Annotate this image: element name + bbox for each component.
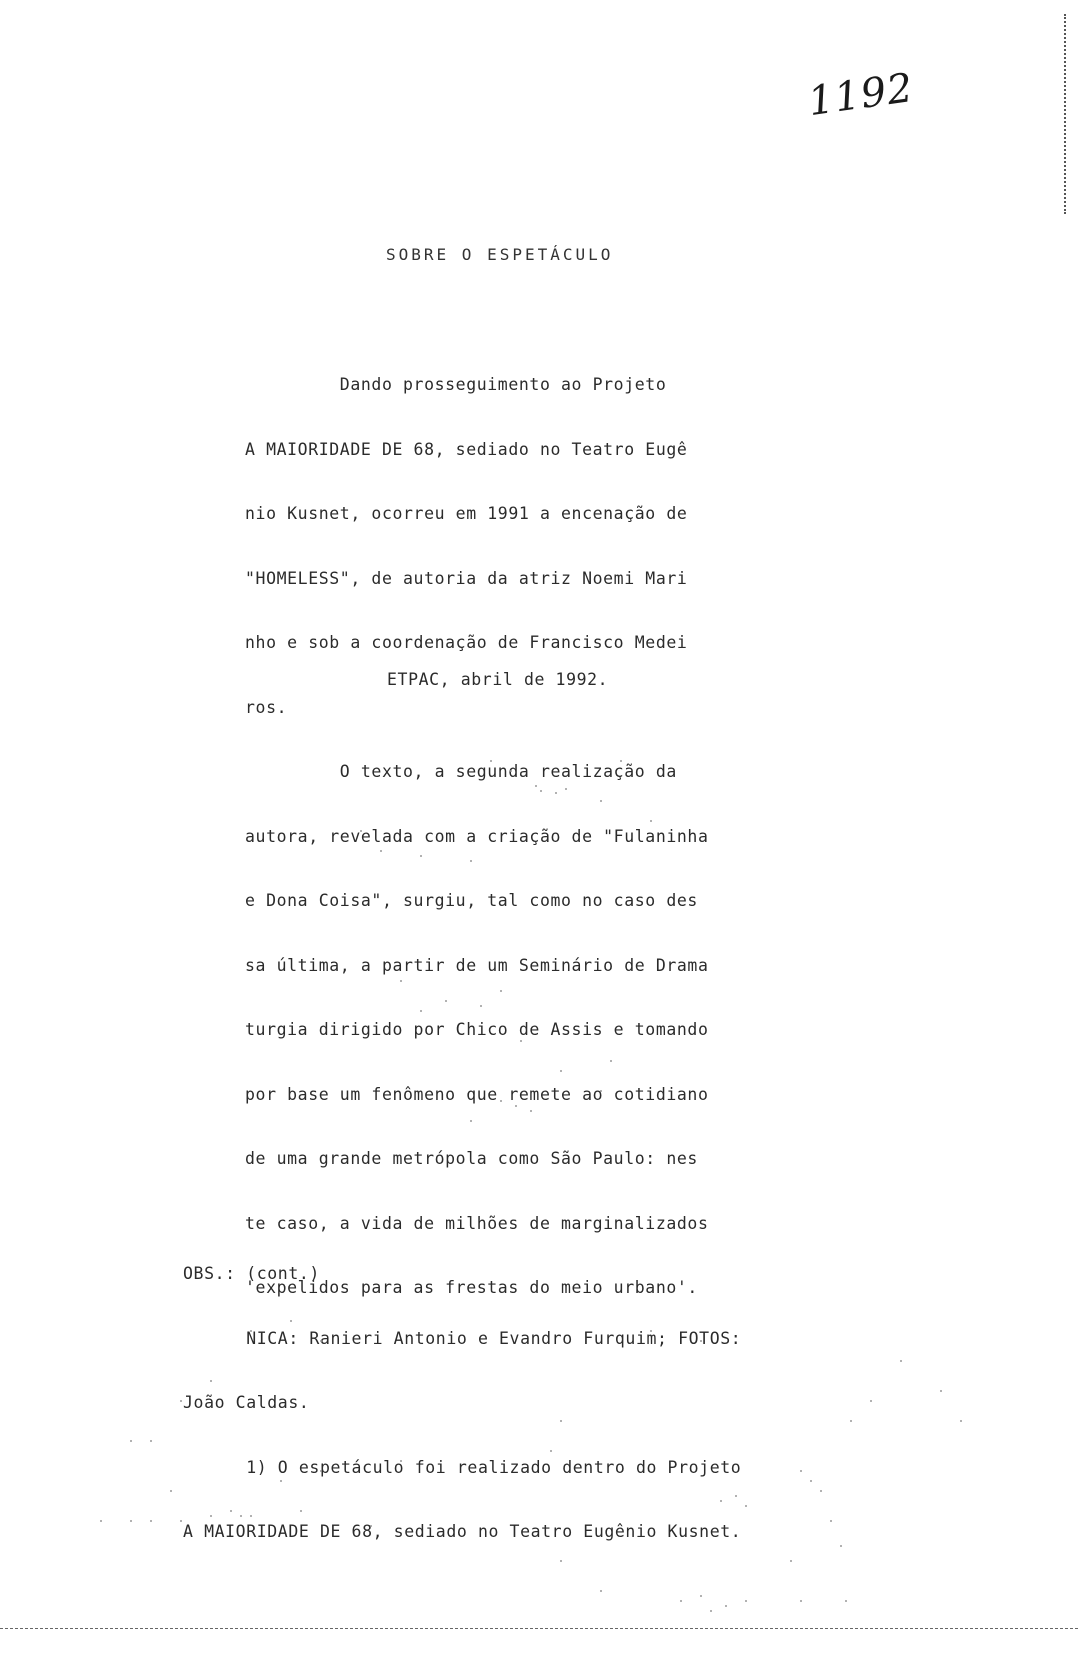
scan-speck [650,820,652,822]
scan-speck [380,850,382,852]
body-line: nho e sob a coordenação de Francisco Med… [245,632,865,654]
scan-speck [250,1330,252,1332]
scan-speck [810,1480,812,1482]
signature-date-line: ETPAC, abril de 1992. [387,670,608,689]
scan-speck [490,760,492,762]
scan-speck [530,1110,532,1112]
scan-speck [150,1520,152,1522]
scan-speck [600,800,602,802]
scan-speck [600,1090,602,1092]
scan-speck [535,785,537,787]
scan-speck [420,1010,422,1012]
scan-speck [360,830,362,832]
scan-speck [400,1460,402,1462]
scan-speck [745,1505,747,1507]
scan-speck [100,1520,102,1522]
obs-line: João Caldas. [183,1392,903,1414]
scan-speck [620,760,622,762]
scan-speck [300,1510,302,1512]
obs-line: OBS.: (cont.) [183,1263,903,1285]
scan-speck [800,1600,802,1602]
scan-speck [820,1490,822,1492]
obs-line: NICA: Ranieri Antonio e Evandro Furquim;… [183,1328,903,1350]
body-line: autora, revelada com a criação de "Fulan… [245,826,865,848]
scan-speck [710,1610,712,1612]
scan-speck [515,1105,517,1107]
scan-speck [845,1600,847,1602]
body-line: ros. [245,697,865,719]
observations-block: OBS.: (cont.) NICA: Ranieri Antonio e Ev… [183,1220,903,1586]
scan-speck [230,1510,232,1512]
scan-speck [210,1380,212,1382]
scan-speck [500,990,502,992]
scan-speck [520,1040,522,1042]
scan-speck [240,1515,242,1517]
body-line: por base um fenômeno que remete ao cotid… [245,1084,865,1106]
scan-speck [790,1560,792,1562]
scan-speck [560,1420,562,1422]
scan-speck [420,855,422,857]
body-line: Dando prosseguimento ao Projeto [245,374,865,396]
page-bottom-edge [0,1628,1078,1629]
scan-speck [540,790,542,792]
scan-speck [550,1450,552,1452]
scan-speck [720,1500,722,1502]
scan-speck [940,1390,942,1392]
scan-speck [210,1515,212,1517]
scan-speck [725,1605,727,1607]
body-line: A MAIORIDADE DE 68, sediado no Teatro Eu… [245,439,865,461]
scan-speck [130,1520,132,1522]
scan-speck [470,860,472,862]
scanned-document-page: 1192 SOBRE O ESPETÁCULO Dando prosseguim… [0,0,1088,1664]
body-line: "HOMELESS", de autoria da atriz Noemi Ma… [245,568,865,590]
scan-speck [560,1070,562,1072]
scan-speck [600,1590,602,1592]
body-line: sa última, a partir de um Seminário de D… [245,955,865,977]
scan-speck [480,1005,482,1007]
body-line: O texto, a segunda realização da [245,761,865,783]
scan-speck [800,1470,802,1472]
scan-speck [700,1595,702,1597]
obs-line: 1) O espetáculo foi realizado dentro do … [183,1457,903,1479]
scan-speck [180,1520,182,1522]
scan-speck [400,980,402,982]
scan-speck [320,1340,322,1342]
scan-speck [560,1560,562,1562]
scan-speck [470,1120,472,1122]
body-line: de uma grande metrópola como São Paulo: … [245,1148,865,1170]
scan-speck [130,1440,132,1442]
scan-speck [650,1330,652,1332]
document-title: SOBRE O ESPETÁCULO [386,245,613,264]
scan-speck [680,1600,682,1602]
scan-speck [840,1545,842,1547]
scan-speck [250,1515,252,1517]
body-line: nio Kusnet, ocorreu em 1991 a encenação … [245,503,865,525]
scan-speck [280,1480,282,1482]
scan-speck [370,1525,372,1527]
scan-speck [500,1100,502,1102]
scan-speck [150,1440,152,1442]
scan-speck [850,1420,852,1422]
scan-speck [735,1495,737,1497]
scan-speck [610,1060,612,1062]
body-text: Dando prosseguimento ao Projeto A MAIORI… [245,331,865,1342]
scan-speck [445,1000,447,1002]
scan-speck [320,1470,322,1472]
scan-speck [510,770,512,772]
scan-speck [555,792,557,794]
scan-speck [900,1360,902,1362]
scan-speck [830,1520,832,1522]
binding-edge-line [1064,14,1066,214]
scan-speck [960,1420,962,1422]
body-line: e Dona Coisa", surgiu, tal como no caso … [245,890,865,912]
scan-speck [745,1600,747,1602]
handwritten-page-number: 1192 [805,65,916,125]
scan-speck [870,1400,872,1402]
scan-speck [170,1490,172,1492]
body-line: turgia dirigido por Chico de Assis e tom… [245,1019,865,1041]
obs-line: A MAIORIDADE DE 68, sediado no Teatro Eu… [183,1521,903,1543]
scan-speck [700,1340,702,1342]
scan-speck [180,1400,182,1402]
scan-speck [565,788,567,790]
scan-speck [290,1320,292,1322]
